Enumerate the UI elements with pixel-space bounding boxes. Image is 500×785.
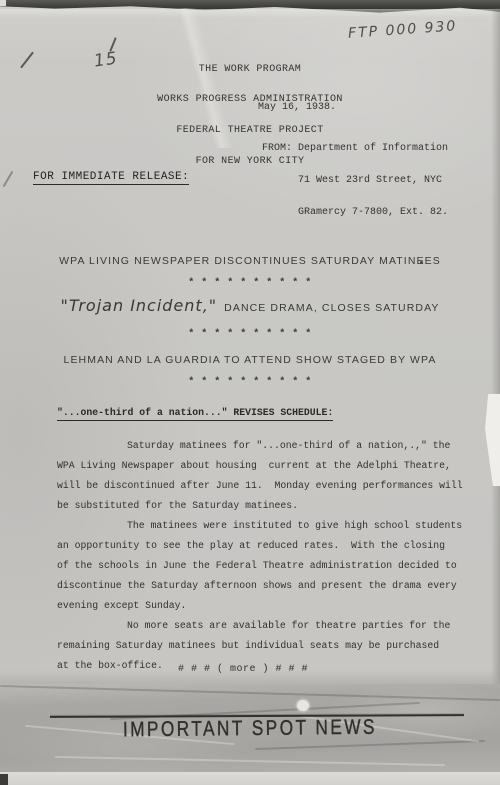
punch-hole-dot [297, 700, 309, 711]
body-line: discontinue the Saturday afternoon shows… [57, 576, 467, 596]
scan-bottom-corner [0, 774, 8, 785]
body-line: No more seats are available for theatre … [57, 616, 467, 636]
body-line: evening except Sunday. [57, 596, 467, 616]
body-line: an opportunity to see the play at reduce… [57, 536, 467, 556]
body-line: will be discontinued after June 11. Mond… [57, 476, 467, 496]
body-line: The matinees were instituted to give hig… [57, 516, 467, 536]
letterhead-line: THE WORK PROGRAM [0, 65, 500, 75]
asterisk-separator: * * * * * * * * * * [0, 278, 500, 289]
headline-matinees: WPA LIVING NEWSPAPER DISCONTINUES SATURD… [0, 255, 500, 267]
paper-crease [0, 685, 500, 701]
from-line: GRamercy 7-7800, Ext. 82. [262, 208, 448, 219]
from-line: 71 West 23rd Street, NYC [262, 176, 448, 187]
headline-show-subtitle: DANCE DRAMA, CLOSES SATURDAY [224, 302, 439, 314]
scan-corner-notch [0, 0, 6, 6]
article-body: Saturday matinees for "...one-third of a… [57, 436, 467, 676]
paper-crease [55, 756, 445, 766]
spot-news-banner-text: IMPORTANT SPOT NEWS [123, 716, 377, 743]
body-line: Saturday matinees for "...one-third of a… [57, 436, 467, 456]
paper-crease [255, 740, 485, 750]
asterisk-separator: * * * * * * * * * * [0, 329, 500, 340]
headline-show-title: "Trojan Incident," [60, 296, 217, 315]
release-notice: FOR IMMEDIATE RELEASE: [33, 171, 189, 185]
body-line: be substituted for the Saturday matinees… [57, 496, 467, 516]
from-address-block: FROM: Department of Information 71 West … [262, 123, 448, 240]
asterisk-separator: * * * * * * * * * * [0, 377, 500, 388]
headline-trojan-incident: "Trojan Incident," DANCE DRAMA, CLOSES S… [0, 296, 500, 315]
torn-corner-white [483, 394, 500, 486]
letterhead-line: WORKS PROGRESS ADMINISTRATION [0, 95, 500, 105]
ink-speck [420, 261, 423, 264]
body-line: WPA Living Newspaper about housing curre… [57, 456, 467, 476]
section-heading: "...one-third of a nation..." REVISES SC… [57, 407, 333, 421]
body-line: remaining Saturday matinees but individu… [57, 636, 467, 656]
body-line: of the schools in June the Federal Theat… [57, 556, 467, 576]
headline-lehman-laguardia: LEHMAN AND LA GUARDIA TO ATTEND SHOW STA… [0, 354, 500, 366]
press-release-scan: FTP 000 930 15 THE WORK PROGRAM WORKS PR… [0, 0, 500, 785]
scan-bottom-edge [0, 772, 500, 785]
from-line: FROM: Department of Information [262, 144, 448, 155]
date-line: May 16, 1938. [258, 102, 336, 113]
